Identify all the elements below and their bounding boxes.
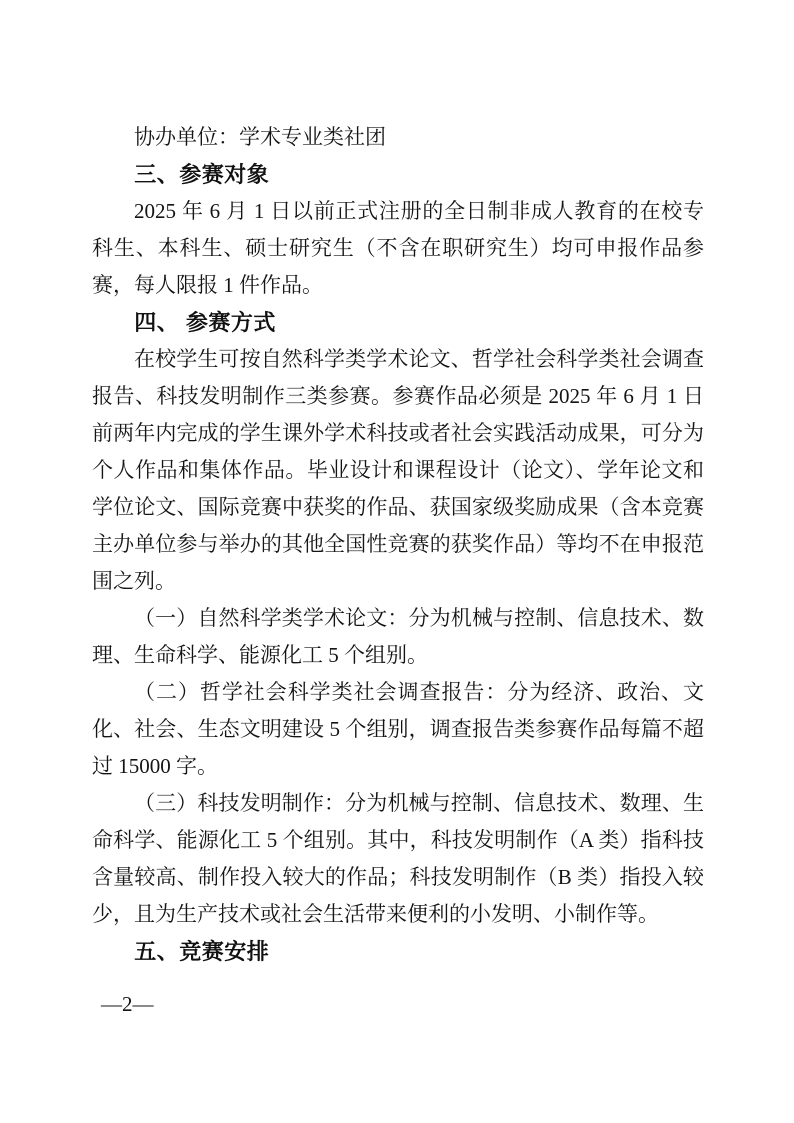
body-paragraph: 2025 年 6 月 1 日以前正式注册的全日制非成人教育的在校专科生、本科生、… [92,193,704,304]
document-body: 协办单位：学术专业类社团三、参赛对象2025 年 6 月 1 日以前正式注册的全… [92,119,704,970]
section-heading: 五、竞赛安排 [92,933,704,970]
body-paragraph: 协办单位：学术专业类社团 [92,119,704,156]
body-paragraph: （一）自然科学类学术论文：分为机械与控制、信息技术、数理、生命科学、能源化工 5… [92,600,704,674]
body-paragraph: （三）科技发明制作：分为机械与控制、信息技术、数理、生命科学、能源化工 5 个组… [92,785,704,933]
body-paragraph: 在校学生可按自然科学类学术论文、哲学社会科学类社会调查报告、科技发明制作三类参赛… [92,341,704,600]
document-page: 协办单位：学术专业类社团三、参赛对象2025 年 6 月 1 日以前正式注册的全… [0,0,794,1123]
body-paragraph: （二）哲学社会科学类社会调查报告：分为经济、政治、文化、社会、生态文明建设 5 … [92,674,704,785]
page-number: —2— [101,991,154,1017]
section-heading: 三、参赛对象 [92,156,704,193]
section-heading: 四、 参赛方式 [92,304,704,341]
